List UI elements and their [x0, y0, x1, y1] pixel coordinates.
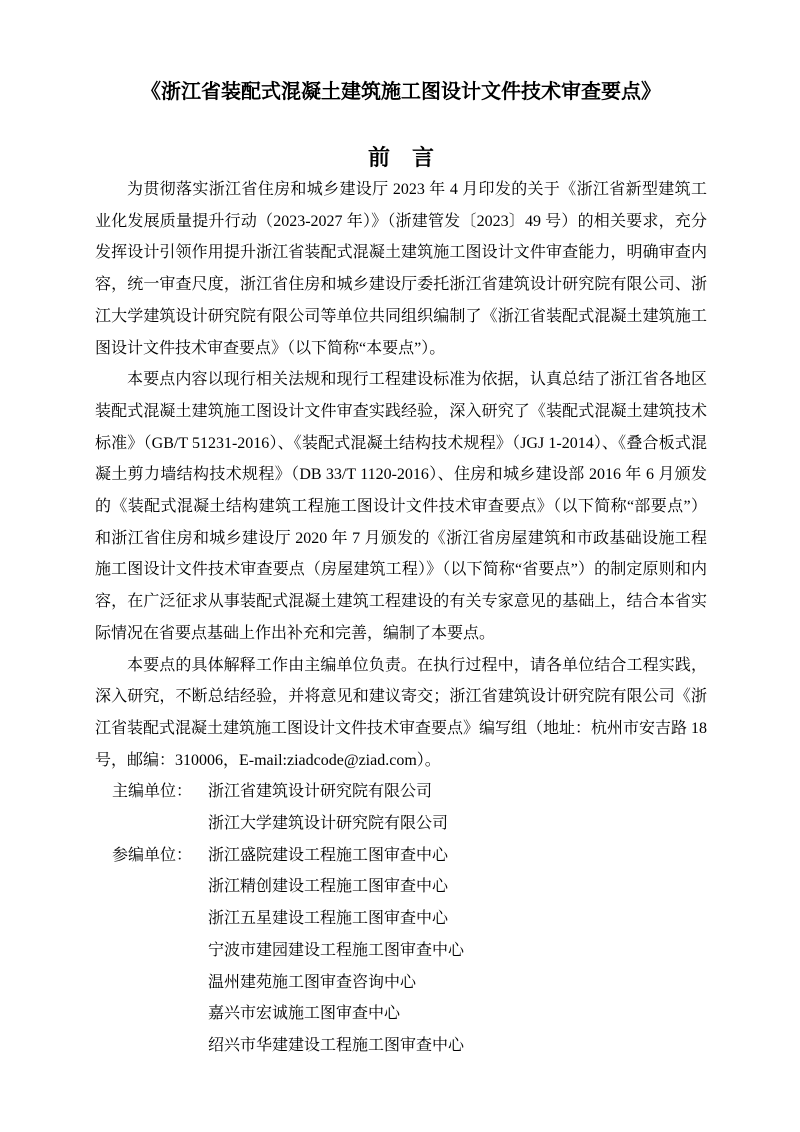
unit-label — [112, 935, 208, 967]
unit-row: 绍兴市华建建设工程施工图审查中心 — [112, 1030, 707, 1062]
unit-name: 浙江大学建筑设计研究院有限公司 — [208, 808, 707, 840]
unit-name: 绍兴市华建建设工程施工图审查中心 — [208, 1030, 707, 1062]
unit-label: 主编单位： — [112, 776, 208, 808]
unit-row: 参编单位： 浙江盛院建设工程施工图审查中心 — [112, 840, 707, 872]
unit-row: 浙江五星建设工程施工图审查中心 — [112, 903, 707, 935]
unit-name: 温州建苑施工图审查咨询中心 — [208, 967, 707, 999]
unit-label — [112, 871, 208, 903]
unit-row: 温州建苑施工图审查咨询中心 — [112, 967, 707, 999]
unit-name: 宁波市建园建设工程施工图审查中心 — [208, 935, 707, 967]
preface-paragraph: 本要点的具体解释工作由主编单位负责。在执行过程中，请各单位结合工程实践，深入研究… — [95, 650, 707, 777]
editing-units-list: 主编单位： 浙江省建筑设计研究院有限公司 浙江大学建筑设计研究院有限公司 参编单… — [112, 776, 707, 1061]
document-title: 《浙江省装配式混凝土建筑施工图设计文件技术审查要点》 — [95, 76, 707, 108]
unit-name: 浙江盛院建设工程施工图审查中心 — [208, 840, 707, 872]
preface-paragraph: 为贯彻落实浙江省住房和城乡建设厅 2023 年 4 月印发的关于《浙江省新型建筑… — [95, 174, 707, 364]
unit-name: 浙江省建筑设计研究院有限公司 — [208, 776, 707, 808]
unit-row: 宁波市建园建设工程施工图审查中心 — [112, 935, 707, 967]
unit-label — [112, 967, 208, 999]
unit-label — [112, 808, 208, 840]
preface-body: 为贯彻落实浙江省住房和城乡建设厅 2023 年 4 月印发的关于《浙江省新型建筑… — [95, 174, 707, 776]
document-page: 《浙江省装配式混凝土建筑施工图设计文件技术审查要点》 前 言 为贯彻落实浙江省住… — [0, 0, 800, 1132]
unit-row: 嘉兴市宏诚施工图审查中心 — [112, 998, 707, 1030]
unit-name: 浙江精创建设工程施工图审查中心 — [208, 871, 707, 903]
unit-label — [112, 1030, 208, 1062]
preface-paragraph: 本要点内容以现行相关法规和现行工程建设标准为依据，认真总结了浙江省各地区装配式混… — [95, 364, 707, 649]
unit-row: 主编单位： 浙江省建筑设计研究院有限公司 — [112, 776, 707, 808]
unit-label: 参编单位： — [112, 840, 208, 872]
unit-name: 浙江五星建设工程施工图审查中心 — [208, 903, 707, 935]
unit-row: 浙江精创建设工程施工图审查中心 — [112, 871, 707, 903]
unit-row: 浙江大学建筑设计研究院有限公司 — [112, 808, 707, 840]
preface-heading: 前 言 — [95, 142, 707, 174]
unit-name: 嘉兴市宏诚施工图审查中心 — [208, 998, 707, 1030]
unit-label — [112, 903, 208, 935]
unit-label — [112, 998, 208, 1030]
